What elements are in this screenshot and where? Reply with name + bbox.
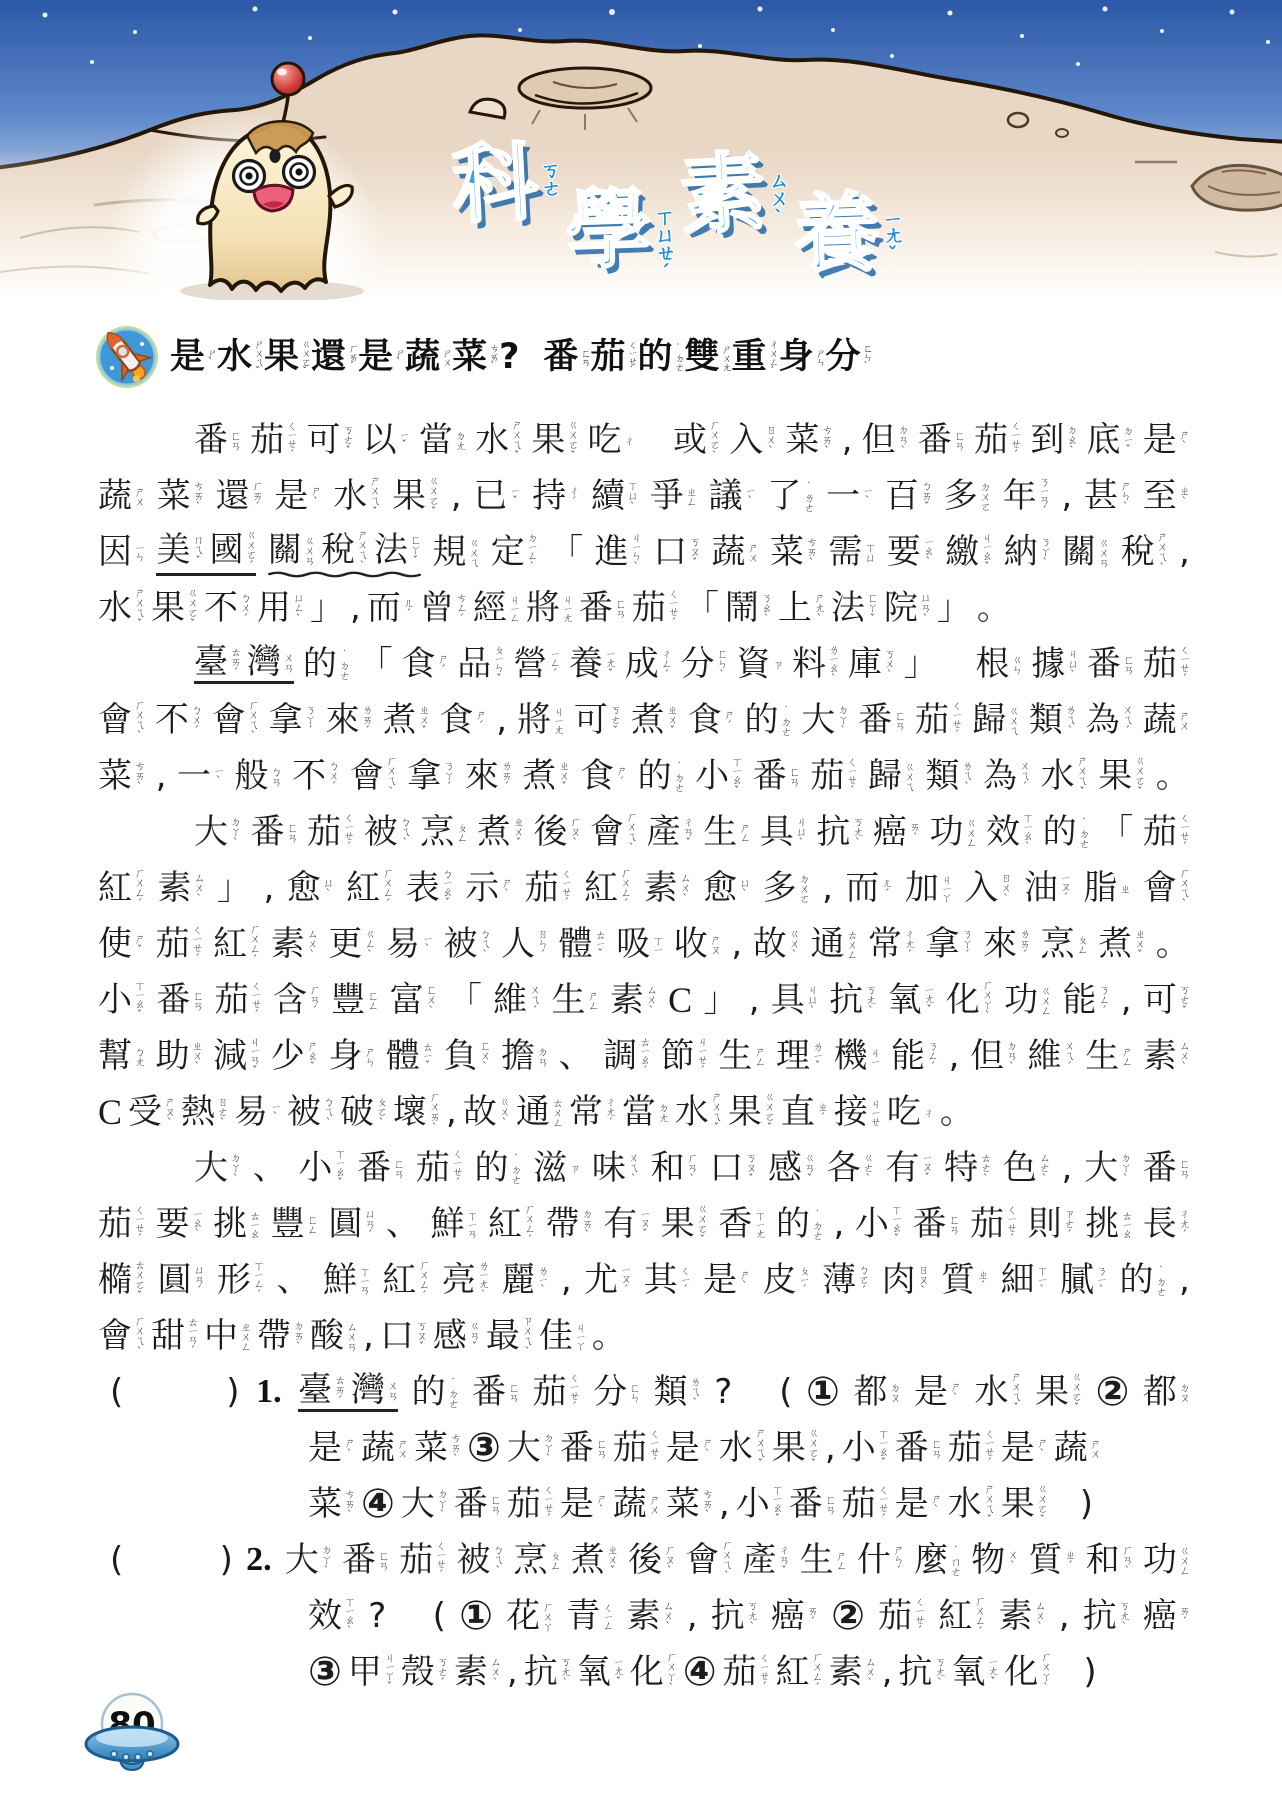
- char-unit: 通ㄊㄨㄥ: [516, 1095, 563, 1129]
- char-unit: 灣ㄨㄢ: [351, 1373, 398, 1407]
- zhuyin-annotation: ㄈㄢ: [376, 1550, 389, 1570]
- char-unit: 是ㄕˋ: [1143, 423, 1190, 457]
- char-unit: 上ㄕㄤˋ: [778, 591, 825, 625]
- char-unit: 感ㄍㄢˇ: [768, 1151, 815, 1185]
- zhuyin-annotation: ㄑㄧㄝˊ: [757, 1652, 770, 1692]
- rocket-badge-icon: [94, 324, 160, 390]
- char-unit: 菜ㄘㄞˋ: [157, 479, 204, 513]
- zhuyin-annotation: ㄕㄨㄟˇ: [1075, 755, 1088, 797]
- logo-char: 養ㄧㄤˇ: [793, 192, 904, 277]
- char-unit: ②: [831, 1596, 865, 1636]
- char-unit: 不ㄅㄨˊ: [204, 591, 251, 625]
- char-unit: 分ㄈㄣˋ: [681, 647, 728, 681]
- char-unit: 水ㄕㄨㄟˇ: [333, 475, 380, 517]
- char-unit: 茄ㄑㄧㄝˊ: [970, 1204, 1017, 1244]
- text-line-4: 水ㄕㄨㄟˇ果ㄍㄨㄛˇ不ㄅㄨˊ用ㄩㄥˋ」,而ㄦˊ曾ㄘㄥˊ經ㄐㄧㄥ將ㄐㄧㄤ番ㄈㄢ茄ㄑ…: [98, 580, 1190, 636]
- zhuyin-annotation: ㄏㄨㄟˋ: [384, 755, 397, 797]
- char-unit: 食ㄕˊ: [439, 703, 486, 737]
- zhuyin-annotation: ㄑㄧㄝˊ: [912, 1596, 925, 1636]
- char-unit: 常ㄔㄤˊ: [868, 927, 915, 961]
- zhuyin-annotation: ㄏㄨㄚ: [540, 1601, 553, 1631]
- char-unit: 是ㄕˋ: [703, 1263, 750, 1297]
- zhuyin-annotation: ㄋㄚˋ: [1038, 536, 1051, 568]
- zhuyin-annotation: ㄉㄢˋ: [1004, 1040, 1017, 1072]
- zhuyin-annotation: ㄩˋ: [737, 877, 750, 899]
- zhuyin-annotation: ㄕㄨㄟˇ: [1008, 1371, 1021, 1413]
- char-unit: 水ㄕㄨㄟˇ: [98, 587, 145, 629]
- zhuyin-annotation: ㄈㄢ: [190, 990, 203, 1010]
- char-unit: 番ㄈㄢ: [342, 1543, 389, 1577]
- char-unit: 豐ㄈㄥ: [331, 983, 378, 1017]
- char-unit: 有ㄧㄡˇ: [603, 1207, 650, 1241]
- third-eye: [270, 149, 281, 163]
- char-unit: 茄ㄑㄧㄝˊ: [416, 1148, 463, 1188]
- zhuyin-annotation: ㄩㄥˋ: [291, 592, 304, 624]
- zhuyin-annotation: ㄉㄚˋ: [1118, 1152, 1131, 1184]
- char-unit: 入ㄖㄨˋ: [729, 423, 776, 457]
- char-unit: ,: [949, 1039, 960, 1073]
- zhuyin-annotation: ㄏㄨㄚˋ: [980, 979, 993, 1021]
- char-unit: 是ㄕˋ: [358, 340, 403, 375]
- char-unit: 的˙ㄉㄜ: [745, 703, 792, 737]
- zhuyin-annotation: ㄖㄣˊ: [535, 928, 548, 960]
- zhuyin-annotation: ㄈㄣˋ: [715, 648, 728, 680]
- char-unit: 素ㄙㄨˋ: [644, 871, 691, 905]
- zhuyin-annotation: ㄩˋ: [321, 877, 334, 899]
- char-unit: (: [110, 1375, 123, 1409]
- zhuyin-annotation: ㄍㄨㄥ: [1038, 985, 1051, 1015]
- zhuyin-annotation: ㄨㄟˊ: [527, 984, 540, 1016]
- char-unit: 口ㄎㄡˇ: [653, 535, 700, 569]
- char-unit: 被ㄅㄟˋ: [364, 815, 411, 849]
- zhuyin-annotation: ㄕㄨ: [647, 1494, 660, 1514]
- zhuyin-annotation: ㄏㄨㄟˋ: [132, 699, 145, 741]
- zhuyin-annotation: ㄎㄤˋ: [745, 1600, 758, 1632]
- zhuyin-annotation: ㄍㄨㄟ: [1006, 705, 1019, 735]
- char-unit: 鮮ㄒㄧㄢ: [323, 1263, 370, 1297]
- char-unit: 水ㄕㄨㄟˇ: [675, 1091, 722, 1133]
- char-unit: 橢ㄊㄨㄛˇ: [98, 1259, 145, 1301]
- char-unit: 豐ㄈㄥ: [271, 1207, 318, 1241]
- zhuyin-annotation: ㄒㄧㄠˇ: [876, 1428, 889, 1468]
- zhuyin-annotation: ㄗㄜˊ: [1062, 1208, 1075, 1240]
- zhuyin-annotation: ㄧㄡˊ: [618, 1265, 631, 1295]
- zhuyin-annotation: ㄎㄡˇ: [687, 536, 700, 568]
- zhuyin-annotation: ㄑㄧㄝˊ: [541, 1484, 554, 1524]
- zhuyin-annotation: ㄧˋ: [860, 486, 873, 506]
- zhuyin-annotation: ㄒㄧ: [650, 935, 663, 953]
- char-unit: 或ㄏㄨㄛˋ: [673, 419, 720, 461]
- zhuyin-annotation: ㄅㄨˊ: [189, 704, 202, 736]
- zhuyin-annotation: ㄔㄥˊ: [659, 648, 672, 680]
- zhuyin-annotation: ㄧˋ: [420, 934, 433, 954]
- zhuyin-annotation: ㄕㄡˋ: [162, 1096, 175, 1128]
- char-unit: 花ㄏㄨㄚ: [506, 1599, 553, 1633]
- char-unit: 效ㄒㄧㄠˋ: [986, 812, 1033, 852]
- text-line-12: 幫ㄅㄤ助ㄓㄨˋ減ㄐㄧㄢˇ少ㄕㄠˇ身ㄕㄣ體ㄊㄧˇ負ㄈㄨˋ擔ㄉㄢ、調ㄊㄧㄠˊ節ㄐㄧㄝ…: [98, 1028, 1190, 1084]
- char-unit: ,: [825, 1431, 836, 1465]
- zhuyin-annotation: ㄕㄣˋ: [1118, 480, 1131, 512]
- char-unit: 當ㄉㄤ: [622, 1095, 669, 1129]
- zhuyin-annotation: ㄧˇ: [507, 486, 520, 506]
- zhuyin-annotation: ㄍㄨㄟ: [466, 537, 479, 567]
- text-line-1: 番ㄈㄢ茄ㄑㄧㄝˊ可ㄎㄜˇ以ㄧˇ當ㄉㄤ水ㄕㄨㄟˇ果ㄍㄨㄛˇ吃ㄔ或ㄏㄨㄛˋ入ㄖㄨˋ菜…: [98, 412, 1190, 468]
- zhuyin-annotation: ㄈㄢ: [613, 598, 626, 618]
- char-unit: 根ㄍㄣ: [975, 647, 1022, 681]
- zhuyin-annotation: ㄎㄤˋ: [850, 816, 863, 848]
- char-unit: 番ㄈㄢ: [753, 759, 800, 793]
- zhuyin-annotation: ㄕㄡ: [708, 934, 721, 954]
- zhuyin-annotation: ㄕˋ: [1177, 429, 1190, 451]
- zhuyin-annotation: ㄦˊ: [879, 877, 892, 899]
- char-unit: 含ㄏㄢˊ: [273, 983, 320, 1017]
- zhuyin-annotation: ㄕㄥ: [586, 990, 599, 1010]
- zhuyin-annotation: ㄊㄜˋ: [978, 1152, 991, 1184]
- zhuyin-annotation: ㄧˋ: [743, 486, 756, 506]
- char-unit: 維ㄨㄟˊ: [1028, 1039, 1075, 1073]
- zhuyin-annotation: ㄅㄟˋ: [490, 1544, 503, 1576]
- zhuyin-annotation: ㄊㄧㄢˊ: [185, 1316, 198, 1356]
- char-unit: 抗ㄎㄤˋ: [829, 983, 876, 1017]
- zhuyin-annotation: ㄉㄧˇ: [1121, 425, 1134, 455]
- char-unit: 歸ㄍㄨㄟ: [972, 703, 1019, 737]
- zhuyin-annotation: ㄑㄧㄝˊ: [625, 340, 635, 375]
- char-unit: 茄ㄑㄧㄝˊ: [399, 1540, 446, 1580]
- zhuyin-annotation: ㄐㄧㄚˇ: [382, 1652, 395, 1692]
- char-unit: ,: [561, 1263, 572, 1297]
- zhuyin-annotation: ㄌㄞˊ: [360, 704, 373, 736]
- zhuyin-annotation: ㄎㄜˇ: [340, 424, 353, 456]
- zhuyin-annotation: ㄋㄧㄢˊ: [1037, 476, 1050, 516]
- char-unit: 小ㄒㄧㄠˇ: [736, 1484, 783, 1524]
- char-unit: 養ㄧㄤˇ: [569, 647, 616, 681]
- char-unit: 已ㄧˇ: [473, 479, 520, 513]
- zhuyin-annotation: ㄍㄨㄛˇ: [695, 1203, 708, 1245]
- char-unit: 化ㄏㄨㄚˋ: [630, 1651, 677, 1693]
- zhuyin-annotation: ㄉㄧㄥˋ: [525, 532, 538, 572]
- zhuyin-annotation: ㄉㄡ: [887, 1382, 900, 1402]
- zhuyin-annotation: ㄩㄢˋ: [918, 592, 931, 624]
- zhuyin-annotation: ㄅㄟˋ: [398, 816, 411, 848]
- zhuyin-annotation: ㄎㄡˇ: [743, 1152, 756, 1184]
- char-unit: 菜ㄘㄞˋ: [666, 1487, 713, 1521]
- zhuyin-annotation: ㄨㄟˊ: [1017, 760, 1030, 792]
- zhuyin-annotation: ㄔˊ: [566, 485, 579, 507]
- char-unit: 生ㄕㄥ: [718, 1039, 765, 1073]
- zhuyin-annotation: ㄏㄨㄥˊ: [810, 1651, 823, 1693]
- zhuyin-annotation: ㄋㄥˊ: [925, 1040, 938, 1072]
- zhuyin-annotation: ㄆㄧˊ: [797, 1265, 810, 1295]
- char-unit: 菜ㄘㄞˋ: [414, 1431, 461, 1465]
- char-unit: 素ㄙㄨˋ: [610, 983, 657, 1017]
- zhuyin-annotation: ㄕㄨㄟˇ: [509, 419, 522, 461]
- zhuyin-annotation: ㄕㄨ: [1088, 1438, 1101, 1458]
- zhuyin-annotation: ㄈㄢ: [946, 1214, 959, 1234]
- section-title: 是ㄕˋ水ㄕㄨㄟˇ果ㄍㄨㄛˇ還ㄏㄞˊ是ㄕˋ蔬ㄕㄨ菜ㄘㄞˋ?番ㄈㄢ茄ㄑㄧㄝˊ的˙ㄉㄜ…: [170, 339, 871, 376]
- zhuyin-annotation: ㄍㄨㄛˇ: [806, 1427, 819, 1469]
- char-unit: 可ㄎㄜˇ: [1143, 983, 1190, 1017]
- zhuyin-annotation: ㄉㄤ: [656, 1102, 669, 1122]
- char-unit: 果ㄍㄨㄛˇ: [1001, 1483, 1048, 1525]
- char-unit: 水ㄕㄨㄟˇ: [475, 419, 522, 461]
- char-unit: ): [226, 1375, 239, 1409]
- text-line-5: 臺ㄊㄞˊ灣ㄨㄢ的˙ㄉㄜ「食ㄕˊ品ㄆㄧㄣˇ營ㄧㄥˊ養ㄧㄤˇ成ㄔㄥˊ分ㄈㄣˋ資ㄗ料ㄌ…: [98, 636, 1190, 692]
- char-unit: ④: [683, 1652, 717, 1692]
- zhuyin-annotation: ㄏㄨㄥˊ: [972, 1595, 985, 1637]
- zhuyin-annotation: ㄕˋ: [393, 348, 403, 367]
- zhuyin-annotation: ㄆㄧㄣˇ: [491, 644, 504, 684]
- zhuyin-annotation: ㄆㄥ: [548, 1550, 561, 1570]
- zhuyin-annotation: ˙ㄉㄜ: [779, 704, 792, 736]
- char-unit: 會ㄏㄨㄟˋ: [98, 1315, 145, 1357]
- zhuyin-annotation: ㄑㄧㄝˊ: [876, 1484, 889, 1524]
- zhuyin-annotation: ㄈㄢ: [1177, 1158, 1190, 1178]
- char-unit: 生ㄕㄥ: [800, 1543, 847, 1577]
- zhuyin-annotation: ㄖㄨˋ: [763, 424, 776, 456]
- char-unit: 愈ㄩˋ: [287, 871, 334, 905]
- char-unit: ,: [1059, 1599, 1070, 1633]
- zhuyin-annotation: ㄏㄨㄥˊ: [132, 867, 145, 909]
- zhuyin-annotation: ㄍㄨㄛˊ: [243, 529, 256, 571]
- char-unit: ,: [834, 1207, 845, 1241]
- char-unit: 最ㄗㄨㄟˋ: [486, 1315, 533, 1357]
- zhuyin-annotation: ㄒㄧㄢ: [464, 1210, 477, 1238]
- text-line-11: 小ㄒㄧㄠˇ番ㄈㄢ茄ㄑㄧㄝˊ含ㄏㄢˊ豐ㄈㄥ富ㄈㄨˋ「維ㄨㄟˊ生ㄕㄥ素ㄙㄨˋC」,具…: [98, 972, 1190, 1028]
- char-unit: 煮ㄓㄨˇ: [631, 703, 678, 737]
- zhuyin-annotation: ㄏㄨㄟˋ: [1177, 867, 1190, 909]
- char-unit: 甜ㄊㄧㄢˊ: [151, 1316, 198, 1356]
- zhuyin-annotation: ㄕˋ: [342, 1437, 355, 1459]
- char-unit: 一ㄧˋ: [177, 759, 224, 793]
- char-unit: ①: [806, 1372, 840, 1412]
- char-unit: ?: [499, 340, 519, 375]
- zhuyin-annotation: ㄐㄧㄚ: [573, 1322, 586, 1350]
- zhuyin-annotation: ㄈㄢ: [488, 1494, 501, 1514]
- zhuyin-annotation: ˙ㄌㄜ: [801, 480, 814, 512]
- char-unit: 香ㄒㄧㄤ: [718, 1207, 765, 1241]
- char-unit: 小ㄒㄧㄠˇ: [98, 980, 145, 1020]
- char-unit: 都ㄉㄡ: [1143, 1375, 1190, 1409]
- char-unit: 多ㄉㄨㄛ: [944, 479, 991, 513]
- zhuyin-annotation: ㄑㄧㄝˊ: [559, 868, 572, 908]
- char-unit: 的˙ㄉㄜ: [475, 1151, 522, 1185]
- zhuyin-annotation: ㄑㄧㄝˊ: [567, 1372, 580, 1412]
- char-unit: 臺ㄊㄞˊ: [298, 1373, 345, 1407]
- char-unit: 品ㄆㄧㄣˇ: [457, 644, 504, 684]
- zhuyin-annotation: ㄊㄧㄠ: [1119, 1210, 1132, 1238]
- zhuyin-annotation: ㄑㄧㄝˊ: [341, 812, 354, 852]
- char-unit: 各ㄍㄜˋ: [827, 1151, 874, 1185]
- char-unit: 滋ㄗ: [533, 1151, 580, 1185]
- char-unit: 生ㄕㄥ: [1085, 1039, 1132, 1073]
- char-unit: 將ㄐㄧㄤ: [517, 703, 564, 737]
- zhuyin-annotation: ㄙㄨˋ: [1177, 1040, 1190, 1072]
- zhuyin-annotation: ㄏㄞˊ: [346, 343, 356, 371]
- zhuyin-annotation: ˙ㄇㄜ: [948, 1544, 961, 1576]
- char-unit: 是ㄕˋ: [895, 1487, 942, 1521]
- zhuyin-annotation: ㄗ: [770, 659, 783, 669]
- char-unit: 需ㄒㄩ: [828, 535, 875, 569]
- char-unit: 收ㄕㄡ: [674, 927, 721, 961]
- char-unit: 什ㄕㄣˊ: [857, 1543, 904, 1577]
- char-unit: 的˙ㄉㄜ: [638, 759, 685, 793]
- zhuyin-annotation: ㄘㄞˋ: [191, 480, 204, 512]
- zhuyin-annotation: ㄈㄢ: [391, 1158, 404, 1178]
- char-unit: 節ㄐㄧㄝˊ: [661, 1036, 708, 1076]
- text-line-9: 紅ㄏㄨㄥˊ素ㄙㄨˋ」,愈ㄩˋ紅ㄏㄨㄥˊ表ㄅㄧㄠˇ示ㄕˋ茄ㄑㄧㄝˊ紅ㄏㄨㄥˊ素ㄙㄨ…: [98, 860, 1190, 916]
- char-unit: 理ㄌㄧˇ: [776, 1039, 823, 1073]
- char-unit: ,: [719, 1487, 730, 1521]
- text-line-20: 菜ㄘㄞˋ④大ㄉㄚˋ番ㄈㄢ茄ㄑㄧㄝˊ是ㄕˋ蔬ㄕㄨ菜ㄘㄞˋ,小ㄒㄧㄠˇ番ㄈㄢ茄ㄑㄧㄝ…: [98, 1476, 1190, 1532]
- zhuyin-annotation: ㄌㄧㄤˋ: [476, 1260, 489, 1300]
- char-unit: 調ㄊㄧㄠˊ: [603, 1036, 650, 1076]
- zhuyin-annotation: ㄈㄣ: [627, 1382, 640, 1402]
- char-unit: 薄ㄅㄛˊ: [822, 1263, 869, 1297]
- char-unit: 的˙ㄉㄜ: [412, 1375, 459, 1409]
- char-unit: 菜ㄘㄞˋ: [98, 759, 145, 793]
- zhuyin-annotation: ㄧㄡˇ: [637, 1209, 650, 1239]
- char-unit: 體ㄊㄧˇ: [559, 927, 606, 961]
- zhuyin-annotation: ㄉㄚˋ: [319, 1544, 332, 1576]
- zhuyin-annotation: ㄧㄡˊ: [1058, 873, 1071, 903]
- zhuyin-annotation: ㄐㄧㄤ: [551, 706, 564, 734]
- char-unit: 以ㄧˇ: [363, 423, 410, 457]
- zhuyin-annotation: ㄍㄨㄛˇ: [185, 587, 198, 629]
- zhuyin-annotation: ㄧㄠˋ: [921, 537, 934, 567]
- char-unit: 類ㄌㄟˋ: [1029, 703, 1076, 737]
- char-unit: 會ㄏㄨㄟˋ: [1143, 867, 1190, 909]
- char-unit: 素ㄙㄨˋ: [829, 1655, 876, 1689]
- text-line-14: 大ㄉㄚˋ、小ㄒㄧㄠˇ番ㄈㄢ茄ㄑㄧㄝˊ的˙ㄉㄜ滋ㄗ味ㄨㄟˋ和ㄏㄢˋ口ㄎㄡˇ感ㄍㄢˇ…: [98, 1140, 1190, 1196]
- zhuyin-annotation: ㄩㄢˊ: [362, 1208, 375, 1240]
- zhuyin-annotation: ㄉㄢ: [535, 1046, 548, 1066]
- char-unit: 「: [1099, 815, 1133, 849]
- zhuyin-annotation: ㄕㄥ: [752, 1046, 765, 1066]
- zhuyin-annotation: ㄕㄣ: [362, 1046, 375, 1066]
- char-unit: 番ㄈㄢ: [454, 1487, 501, 1521]
- zhuyin-annotation: ㄔㄤˊ: [902, 928, 915, 960]
- char-unit: 」: [703, 983, 737, 1017]
- char-unit: 雙ㄕㄨㄤ: [684, 340, 729, 375]
- zhuyin-annotation: ㄘㄞˋ: [819, 424, 832, 456]
- char-unit: 更ㄍㄥˋ: [328, 927, 375, 961]
- zhuyin-annotation: ㄕㄨㄟˇ: [982, 1483, 995, 1525]
- char-unit: 壞ㄏㄨㄞˋ: [393, 1091, 440, 1133]
- zhuyin-annotation: ㄎㄤˋ: [1117, 1600, 1130, 1632]
- zhuyin-annotation: ㄈㄢ: [506, 1382, 519, 1402]
- zhuyin-annotation: ㄦˊ: [401, 597, 414, 619]
- char-unit: 佳ㄐㄧㄚ: [539, 1319, 586, 1353]
- char-unit: 類ㄌㄟˋ: [654, 1375, 701, 1409]
- char-unit: 菜ㄘㄞˋ: [770, 535, 817, 569]
- zhuyin-annotation: ㄧˇ: [397, 430, 410, 450]
- zhuyin-annotation: ㄕˊ: [722, 709, 735, 731]
- char-unit: 水ㄕㄨㄟˇ: [217, 339, 262, 376]
- char-unit: 中ㄓㄨㄥ: [204, 1319, 251, 1353]
- zhuyin-annotation: ㄧㄠˋ: [190, 1209, 203, 1239]
- char-unit: 」: [904, 647, 938, 681]
- zhuyin-annotation: ㄍㄨㄛˇ: [426, 475, 439, 517]
- char-unit: 素ㄙㄨˋ: [999, 1599, 1046, 1633]
- char-unit: 直ㄓˊ: [781, 1095, 828, 1129]
- zhuyin-annotation: ㄐㄩˋ: [1065, 648, 1078, 680]
- zhuyin-annotation: ㄋㄥˊ: [1096, 984, 1109, 1016]
- char-unit: 加ㄐㄧㄚ: [905, 871, 952, 905]
- char-unit: 資ㄗ: [736, 647, 783, 681]
- zhuyin-annotation: ㄍㄨㄛˇ: [565, 419, 578, 461]
- zhuyin-annotation: ㄙㄜˋ: [1037, 1152, 1050, 1184]
- zhuyin-annotation: ˙ㄉㄜ: [810, 1208, 823, 1240]
- char-unit: 法ㄈㄚˇ: [374, 533, 421, 567]
- zhuyin-annotation: ㄕˊ: [614, 765, 627, 787]
- zhuyin-annotation: ㄕˋ: [1035, 1437, 1048, 1459]
- char-unit: 具ㄐㄩˋ: [760, 815, 807, 849]
- char-unit: 故ㄍㄨˋ: [753, 927, 800, 961]
- char-unit: 青ㄑㄧㄥ: [566, 1599, 613, 1633]
- zhuyin-annotation: ㄈㄢ: [823, 1494, 836, 1514]
- char-unit: 食ㄕˊ: [688, 703, 735, 737]
- char-unit: 形ㄒㄧㄥˊ: [217, 1260, 264, 1300]
- char-unit: 帶ㄉㄞˋ: [546, 1207, 593, 1241]
- proper-noun-underline: 臺ㄊㄞˊ灣ㄨㄢ: [298, 1373, 398, 1412]
- zhuyin-annotation: ㄔㄢˇ: [776, 1544, 789, 1576]
- zhuyin-annotation: ㄕㄥ: [737, 822, 750, 842]
- zhuyin-annotation: ㄔ: [921, 1107, 934, 1117]
- zhuyin-annotation: ㄐㄧ: [868, 1047, 881, 1065]
- text-line-3: 因ㄧㄣ美ㄇㄟˇ國ㄍㄨㄛˊ關ㄍㄨㄢ稅ㄕㄨㄟˋ法ㄈㄚˇ規ㄍㄨㄟ定ㄉㄧㄥˋ「進ㄐㄧㄣˋ…: [98, 524, 1190, 580]
- char-unit: 具ㄐㄩˋ: [771, 983, 818, 1017]
- zhuyin-annotation: ㄐㄩˋ: [805, 984, 818, 1016]
- zhuyin-annotation: ˙ㄉㄜ: [1154, 1264, 1167, 1296]
- zhuyin-annotation: ㄆㄥ: [454, 822, 467, 842]
- zhuyin-annotation: ㄊㄞˊ: [332, 1374, 345, 1406]
- zhuyin-annotation: ㄑㄧㄝˊ: [1177, 812, 1190, 852]
- zhuyin-annotation: ㄑㄧㄝˊ: [949, 700, 962, 740]
- char-unit: 愈ㄩˋ: [703, 871, 750, 905]
- char-unit: 使ㄕˇ: [98, 927, 145, 961]
- char-unit: ,: [451, 479, 462, 513]
- char-unit: 。: [1156, 759, 1190, 793]
- antenna-ball: [272, 63, 304, 95]
- char-unit: 機ㄐㄧ: [834, 1039, 881, 1073]
- char-unit: 大ㄉㄚˋ: [801, 703, 848, 737]
- zhuyin-annotation: ㄔ: [622, 435, 635, 445]
- char-unit: 分ㄈㄣˋ: [826, 340, 871, 375]
- char-unit: 菜ㄘㄞˋ: [785, 423, 832, 457]
- char-unit: 皮ㄆㄧˊ: [763, 1263, 810, 1297]
- text-line-21: ()2.大ㄉㄚˋ番ㄈㄢ茄ㄑㄧㄝˊ被ㄅㄟˋ烹ㄆㄥ煮ㄓㄨˇ後ㄏㄡˋ會ㄏㄨㄟˋ產ㄔㄢˇ…: [98, 1532, 1190, 1588]
- zhuyin-annotation: ㄏㄨㄚˋ: [664, 1651, 677, 1693]
- char-unit: 素ㄙㄨˋ: [157, 871, 204, 905]
- char-unit: (: [110, 1543, 123, 1577]
- text-line-10: 使ㄕˇ茄ㄑㄧㄝˊ紅ㄏㄨㄥˊ素ㄙㄨˋ更ㄍㄥˋ易ㄧˋ被ㄅㄟˋ人ㄖㄣˊ體ㄊㄧˇ吸ㄒㄧ收…: [98, 916, 1190, 972]
- char-unit: 可ㄎㄜˇ: [574, 703, 621, 737]
- char-unit: 爭ㄓㄥ: [650, 479, 697, 513]
- char-unit: ,: [687, 1599, 698, 1633]
- zhuyin-annotation: ㄒㄩˋ: [625, 480, 638, 512]
- zhuyin-annotation: ㄌㄧㄠˋ: [826, 644, 839, 684]
- text-line-2: 蔬ㄕㄨ菜ㄘㄞˋ還ㄏㄞˊ是ㄕˋ水ㄕㄨㄟˇ果ㄍㄨㄛˇ,已ㄧˇ持ㄔˊ續ㄒㄩˋ爭ㄓㄥ議ㄧ…: [98, 468, 1190, 524]
- zhuyin-annotation: ㄕˋ: [594, 1493, 607, 1515]
- zhuyin-annotation: ㄕㄤˋ: [812, 592, 825, 624]
- char-unit: 關ㄍㄨㄢ: [1062, 535, 1109, 569]
- zhuyin-annotation: ㄍㄨㄥ: [1177, 1545, 1190, 1575]
- zhuyin-annotation: ㄒㄧㄤ: [752, 1210, 765, 1238]
- char-unit: 人ㄖㄣˊ: [501, 927, 548, 961]
- char-unit: 菜ㄘㄞˋ: [308, 1487, 355, 1521]
- char-unit: 則ㄗㄜˊ: [1028, 1207, 1075, 1241]
- zhuyin-annotation: ㄨㄢ: [281, 652, 294, 672]
